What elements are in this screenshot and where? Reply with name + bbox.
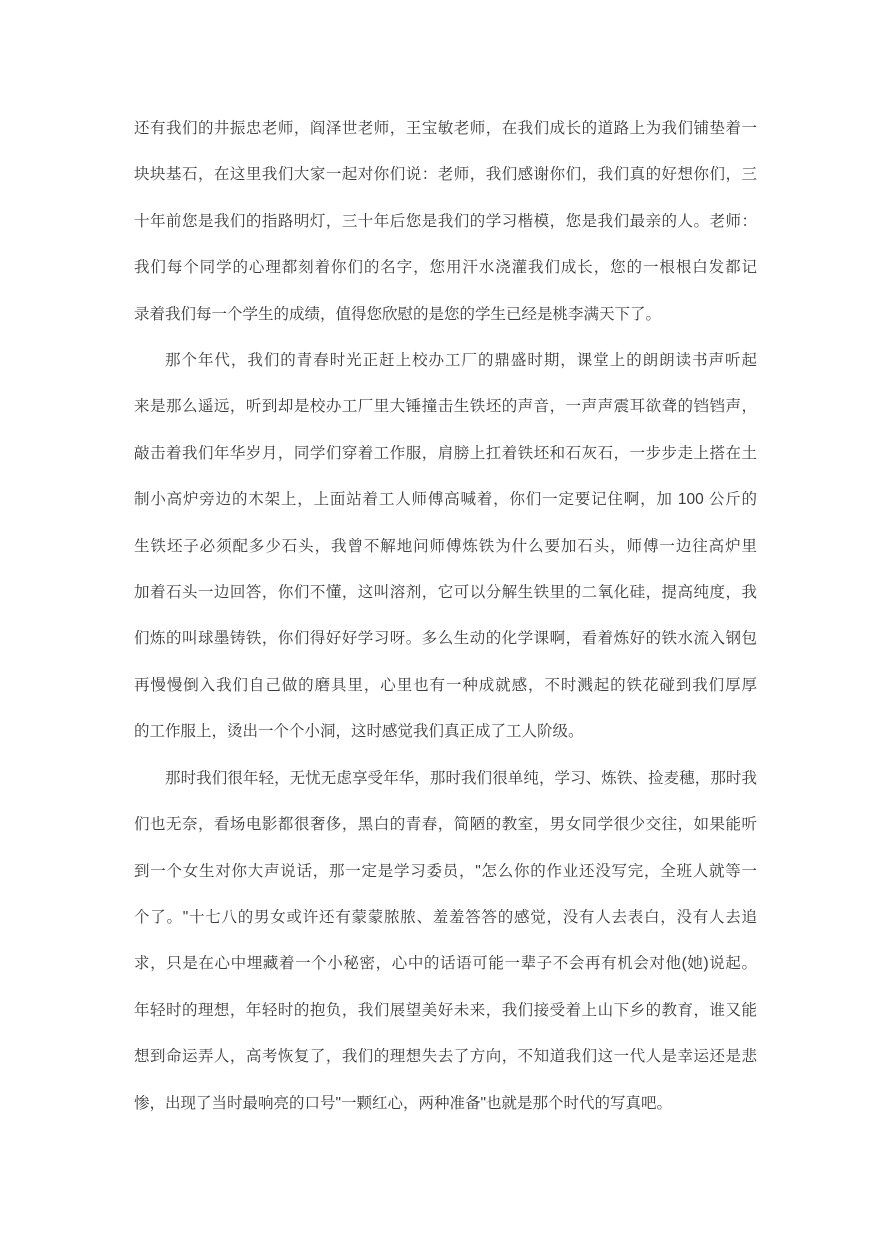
text-line: 录着我们每一个学生的成绩，值得您欣慰的是您的学生已经是桃李满天下了。 [134, 292, 757, 338]
text-line: 块块基石，在这里我们大家一起对你们说：老师，我们感谢你们，我们真的好想你们，三 [134, 152, 757, 198]
text-line: 年轻时的理想，年轻时的抱负，我们展望美好未来，我们接受着上山下乡的教育，谁又能 [134, 988, 757, 1034]
text-line: 加着石头一边回答，你们不懂，这叫溶剂，它可以分解生铁里的二氧化硅，提高纯度，我 [134, 570, 757, 616]
text-line: 敲击着我们年华岁月，同学们穿着工作服，肩膀上扛着铁坯和石灰石，一步步走上搭在土 [134, 431, 757, 477]
text-line: 个了。"十七八的男女或许还有蒙蒙脓脓、羞羞答答的感觉，没有人去表白，没有人去追 [134, 895, 757, 941]
text-line: 那个年代，我们的青春时光正赶上校办工厂的鼎盛时期，课堂上的朗朗读书声听起 [134, 338, 757, 384]
text-line: 十年前您是我们的指路明灯，三十年后您是我们的学习楷模，您是我们最亲的人。老师： [134, 199, 757, 245]
text-line: 惨，出现了当时最响亮的口号"一颗红心，两种准备"也就是那个时代的写真吧。 [134, 1081, 757, 1127]
text-line: 来是那么遥远，听到却是校办工厂里大锤撞击生铁坯的声音，一声声震耳欲聋的铛铛声， [134, 384, 757, 430]
text-line: 生铁坯子必须配多少石头，我曾不解地问师傅炼铁为什么要加石头，师傅一边往高炉里 [134, 524, 757, 570]
text-line: 还有我们的井振忠老师，阎泽世老师，王宝敏老师，在我们成长的道路上为我们铺垫着一 [134, 106, 757, 152]
text-line: 想到命运弄人，高考恢复了，我们的理想失去了方向，不知道我们这一代人是幸运还是悲 [134, 1034, 757, 1080]
text-line: 到一个女生对你大声说话，那一定是学习委员，"怎么你的作业还没写完，全班人就等一 [134, 849, 757, 895]
text-line: 们炼的叫球墨铸铁，你们得好好学习呀。多么生动的化学课啊，看着炼好的铁水流入钢包 [134, 616, 757, 662]
paragraph: 还有我们的井振忠老师，阎泽世老师，王宝敏老师，在我们成长的道路上为我们铺垫着一块… [134, 106, 757, 338]
paragraph: 那个年代，我们的青春时光正赶上校办工厂的鼎盛时期，课堂上的朗朗读书声听起来是那么… [134, 338, 757, 756]
document-page: 还有我们的井振忠老师，阎泽世老师，王宝敏老师，在我们成长的道路上为我们铺垫着一块… [0, 0, 884, 1250]
text-line: 的工作服上，烫出一个个小洞，这时感觉我们真正成了工人阶级。 [134, 709, 757, 755]
text-line: 再慢慢倒入我们自己做的磨具里，心里也有一种成就感，不时溅起的铁花碰到我们厚厚 [134, 663, 757, 709]
text-line: 求，只是在心中埋藏着一个小秘密，心中的话语可能一辈子不会再有机会对他(她)说起。 [134, 941, 757, 987]
text-line: 们也无奈，看场电影都很奢侈，黑白的青春，简陋的教室，男女同学很少交往，如果能听 [134, 802, 757, 848]
text-line: 制小高炉旁边的木架上，上面站着工人师傅高喊着，你们一定要记住啊，加 100 公斤… [134, 477, 757, 523]
text-line: 那时我们很年轻，无忧无虑享受年华，那时我们很单纯，学习、炼铁、捡麦穗，那时我 [134, 756, 757, 802]
text-line: 我们每个同学的心理都刻着你们的名字，您用汗水浇灌我们成长，您的一根根白发都记 [134, 245, 757, 291]
document-body: 还有我们的井振忠老师，阎泽世老师，王宝敏老师，在我们成长的道路上为我们铺垫着一块… [134, 106, 757, 1127]
paragraph: 那时我们很年轻，无忧无虑享受年华，那时我们很单纯，学习、炼铁、捡麦穗，那时我们也… [134, 756, 757, 1127]
